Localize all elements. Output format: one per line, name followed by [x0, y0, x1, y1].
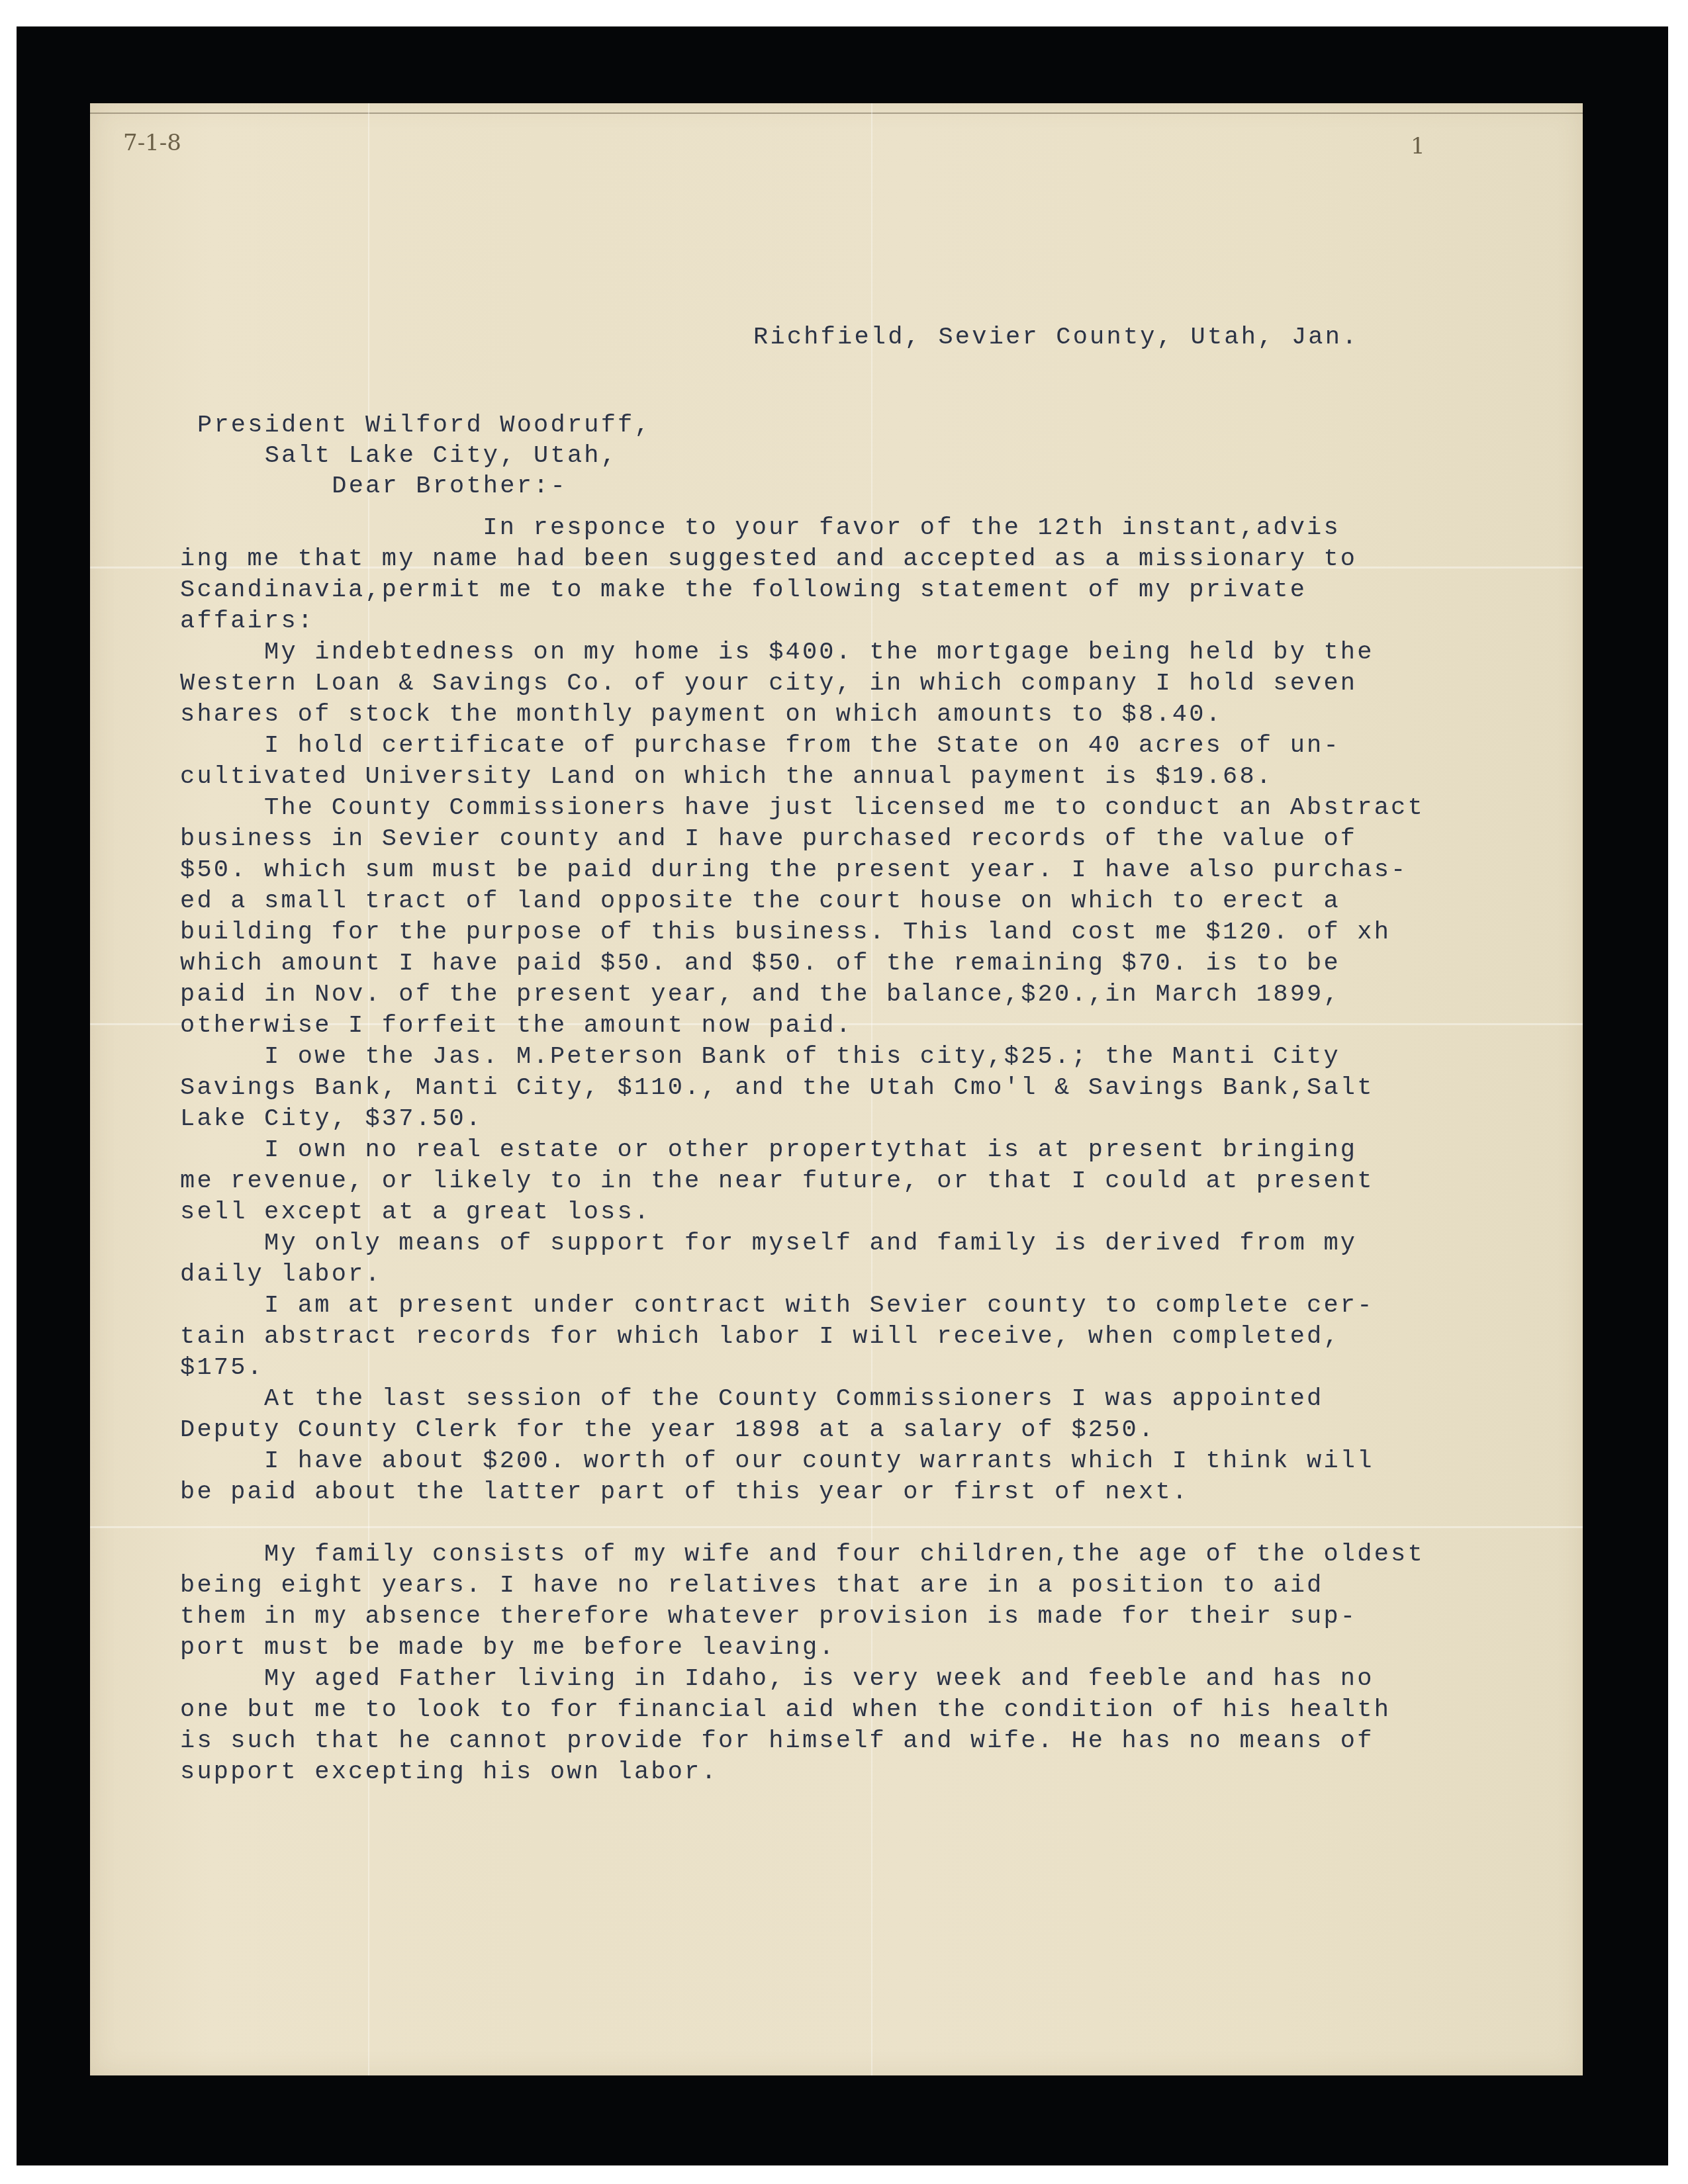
body-line: one but me to look to for financial aid …: [180, 1695, 1425, 1726]
body-line: I hold certificate of purchase from the …: [180, 731, 1425, 762]
addressee-block: President Wilford Woodruff, Salt Lake Ci…: [197, 410, 651, 502]
body-line: ing me that my name had been suggested a…: [180, 544, 1425, 575]
body-line: sell except at a great loss.: [180, 1197, 1425, 1228]
body-line: Western Loan & Savings Co. of your city,…: [180, 668, 1425, 700]
dateline: Richfield, Sevier County, Utah, Jan.: [753, 322, 1359, 353]
body-line: I own no real estate or other propertyth…: [180, 1135, 1425, 1166]
body-line: being eight years. I have no relatives t…: [180, 1570, 1425, 1602]
body-line: My aged Father living in Idaho, is very …: [180, 1664, 1425, 1695]
body-line: The County Commissioners have just licen…: [180, 793, 1425, 824]
letter-body: In responce to your favor of the 12th in…: [180, 513, 1425, 1788]
body-line: them in my absence therefore whatever pr…: [180, 1602, 1425, 1633]
body-line: port must be made by me before leaving.: [180, 1633, 1425, 1664]
body-line: cultivated University Land on which the …: [180, 762, 1425, 793]
body-line: daily labor.: [180, 1259, 1425, 1291]
body-line: tain abstract records for which labor I …: [180, 1322, 1425, 1353]
body-line: I have about $200. worth of our county w…: [180, 1446, 1425, 1477]
corner-annotation-top-left: 7-1-8: [123, 130, 181, 156]
body-line: ed a small tract of land opposite the co…: [180, 886, 1425, 917]
body-line: otherwise I forfeit the amount now paid.: [180, 1011, 1425, 1042]
body-line: Savings Bank, Manti City, $110., and the…: [180, 1073, 1425, 1104]
body-line: Lake City, $37.50.: [180, 1104, 1425, 1135]
corner-annotation-top-right: 1: [1411, 133, 1425, 159]
body-line: me revenue, or likely to in the near fut…: [180, 1166, 1425, 1197]
body-line: At the last session of the County Commis…: [180, 1384, 1425, 1415]
body-line: support excepting his own labor.: [180, 1757, 1425, 1788]
body-line: which amount I have paid $50. and $50. o…: [180, 948, 1425, 979]
body-line: My only means of support for myself and …: [180, 1228, 1425, 1259]
body-line: I am at present under contract with Sevi…: [180, 1291, 1425, 1322]
body-line: paid in Nov. of the present year, and th…: [180, 979, 1425, 1011]
body-line: In responce to your favor of the 12th in…: [180, 513, 1425, 544]
body-line: $175.: [180, 1353, 1425, 1384]
body-line: Deputy County Clerk for the year 1898 at…: [180, 1415, 1425, 1446]
body-line: affairs:: [180, 606, 1425, 637]
body-line: be paid about the latter part of this ye…: [180, 1477, 1425, 1508]
body-line: My family consists of my wife and four c…: [180, 1539, 1425, 1570]
body-line: My indebtedness on my home is $400. the …: [180, 637, 1425, 668]
body-line: $50. which sum must be paid during the p…: [180, 855, 1425, 886]
body-line: I owe the Jas. M.Peterson Bank of this c…: [180, 1042, 1425, 1073]
body-line: Scandinavia,permit me to make the follow…: [180, 575, 1425, 606]
body-line: building for the purpose of this busines…: [180, 917, 1425, 948]
addressee-name: President Wilford Woodruff,: [197, 412, 651, 439]
addressee-city: Salt Lake City, Utah,: [265, 442, 618, 470]
top-fold-line: [90, 113, 1583, 114]
salutation: Dear Brother:-: [332, 473, 567, 500]
body-line: shares of stock the monthly payment on w…: [180, 700, 1425, 731]
body-line: [180, 1508, 1425, 1539]
body-line: is such that he cannot provide for himse…: [180, 1726, 1425, 1757]
body-line: business in Sevier county and I have pur…: [180, 824, 1425, 855]
